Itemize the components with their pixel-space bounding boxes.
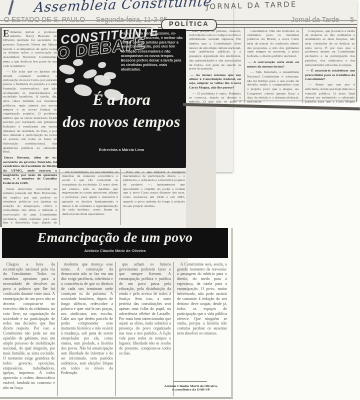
interview-answer: — Penso que um ano é suficiente, desde q… (305, 83, 355, 103)
interview-column-5: constituídos. Não são fechados os caminh… (247, 29, 299, 103)
ink-splatter-group (57, 55, 119, 89)
interview-column-6: Congresso, que já exerce a tarefa de ela… (305, 29, 355, 103)
article-author: Antônio Cláudio Mariz de Oliveira (53, 249, 177, 253)
interview-question: — A convocação seria mais ou menos da me… (247, 60, 299, 68)
interview-paragraph: Isso porque os juristas, observa, racioc… (189, 29, 241, 71)
article-title-bar: Emancipação de um povo Antônio Cláudio M… (2, 228, 228, 258)
article-column-4: A Constituinte será, assim, o grande mom… (177, 262, 227, 380)
article-paragraph: Chegou a hora da reconstrução nacional p… (3, 262, 55, 391)
article-paragraph: moderna que mereça esse nome. A construç… (61, 262, 113, 376)
interview-bio-note: Darcy Bessone, além de ex-secretário do … (3, 156, 57, 186)
article-column-1: Chegou a hora da reconstrução nacional p… (3, 262, 55, 395)
ink-splatter (103, 71, 116, 80)
article-paragraph: que acham os futuros governantes poderem… (119, 262, 171, 356)
promo-box: CONSTITUINTE O DEBATE Para o jurista Dar… (57, 29, 186, 168)
article-title: Emancipação de um povo (2, 231, 228, 247)
interview-question: — É necessário estabelecer um prazo limi… (305, 69, 355, 82)
interview-answer: — O problema é outro. Primeiro se convoc… (189, 91, 241, 103)
ink-splatter (82, 68, 98, 79)
column-rule (244, 28, 245, 103)
column-rule (57, 262, 58, 396)
promo-deck: Para o jurista Darcy Bessone, ex-secretá… (121, 32, 183, 73)
interview-paragraph: Para ele, o que importa é assegurar meca… (123, 170, 185, 208)
column-rule (302, 28, 303, 103)
interview-column-4: Isso porque os juristas, observa, racioc… (189, 29, 241, 103)
ink-splatter (98, 62, 106, 68)
interview-paragraph: Congresso, que já exerce a tarefa de ela… (305, 29, 355, 67)
column-rule (120, 169, 121, 225)
author-credit: Antônio Cláudio Mariz de Oliveira, é con… (152, 384, 230, 398)
article-paragraph: A Constituinte será, assim, o grande mom… (177, 262, 227, 336)
interview-column-2: Na Constituição, no seu entender, as mat… (62, 170, 118, 224)
interview-column-3: Para ele, o que importa é assegurar meca… (123, 170, 185, 224)
drop-cap: E (3, 30, 9, 37)
column-rule (59, 169, 60, 225)
interview-paragraph: Na Constituição, no seu entender, as mat… (62, 170, 118, 217)
interview-byline: Entrevista a Márcia Lima (86, 148, 157, 152)
interview-question: — Ao menos teremos que nos afinar à Cons… (189, 73, 241, 90)
paper-right-edge (231, 228, 233, 398)
interview-paragraph: Nesta entrevista, concedida na semana pa… (3, 187, 57, 224)
headline-line-1: É a hora (57, 92, 186, 110)
article-column-2: moderna que mereça esse nome. A construç… (61, 262, 113, 395)
ink-splatter (73, 59, 83, 66)
interview-paragraph: — Ele acha que os juristas não devem con… (3, 70, 57, 155)
column-rule (173, 262, 174, 396)
ink-splatter (65, 78, 74, 83)
article-column-3: que acham os futuros governantes poderem… (119, 262, 171, 395)
interview-column-1: Eminente jurista e professor emérito, Da… (3, 30, 57, 224)
column-rule (356, 28, 357, 102)
interview-paragraph: constituídos. Não são fechados os caminh… (247, 29, 299, 59)
credit-role: é conselheiro da OAB-SP (172, 388, 210, 392)
headline-line-2: dos novos tempos (57, 114, 186, 132)
credit-divider (173, 381, 207, 382)
column-rule (115, 262, 116, 396)
paper-edge-shadow (186, 105, 216, 228)
scanned-newspaper-page: O ESTADO DE S. PAULO — Segunda-feira, 11… (0, 0, 360, 400)
interview-lead: minente jurista e professor emérito, Dar… (3, 30, 57, 68)
scan-left-edge (0, 28, 2, 227)
interview-answer: — Sim. Instalada, a Assembleia Nacional … (247, 70, 299, 103)
